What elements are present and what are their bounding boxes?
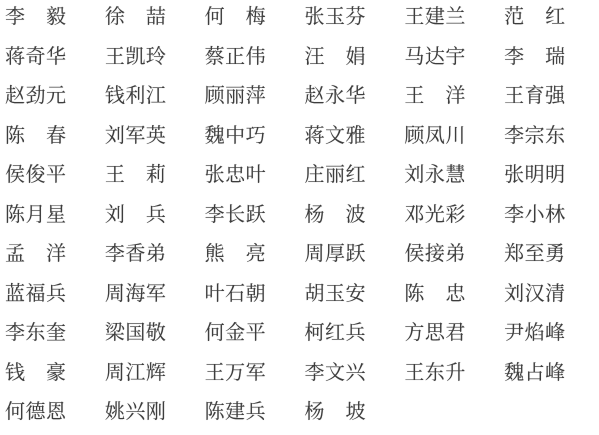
name-cell <box>499 396 599 435</box>
name-cell: 杨 坡 <box>300 396 400 435</box>
name-cell: 钱 豪 <box>0 357 100 397</box>
name-cell: 陈 忠 <box>399 278 499 318</box>
name-cell: 庄丽红 <box>300 159 400 199</box>
name-cell: 王 莉 <box>100 159 200 199</box>
name-cell: 刘汉清 <box>499 278 599 318</box>
name-cell: 陈建兵 <box>200 396 300 435</box>
name-cell: 李香弟 <box>100 238 200 278</box>
name-grid: 李 毅 徐 喆 何 梅 张玉芬 王建兰 范 红 蒋奇华 王凯玲 蔡正伟 汪 娟 … <box>0 0 599 435</box>
name-cell: 郑至勇 <box>499 238 599 278</box>
name-cell: 姚兴刚 <box>100 396 200 435</box>
name-cell: 马达宇 <box>399 41 499 81</box>
name-cell: 李宗东 <box>499 120 599 160</box>
name-cell: 魏中巧 <box>200 120 300 160</box>
name-cell: 杨 波 <box>300 199 400 239</box>
name-cell: 张玉芬 <box>300 1 400 41</box>
name-cell: 顾凤川 <box>399 120 499 160</box>
name-cell: 何金平 <box>200 317 300 357</box>
name-cell: 蓝福兵 <box>0 278 100 318</box>
name-cell: 蒋文雅 <box>300 120 400 160</box>
name-cell: 刘 兵 <box>100 199 200 239</box>
name-cell: 梁国敬 <box>100 317 200 357</box>
name-cell: 邓光彩 <box>399 199 499 239</box>
name-cell: 张明明 <box>499 159 599 199</box>
name-cell: 尹焰峰 <box>499 317 599 357</box>
name-cell: 徐 喆 <box>100 1 200 41</box>
name-cell: 刘永慧 <box>399 159 499 199</box>
name-cell: 王 洋 <box>399 80 499 120</box>
name-cell: 李文兴 <box>300 357 400 397</box>
name-cell: 王东升 <box>399 357 499 397</box>
name-cell: 顾丽萍 <box>200 80 300 120</box>
name-cell: 李 毅 <box>0 1 100 41</box>
name-list-page: 李 毅 徐 喆 何 梅 张玉芬 王建兰 范 红 蒋奇华 王凯玲 蔡正伟 汪 娟 … <box>0 0 599 435</box>
name-cell: 何 梅 <box>200 1 300 41</box>
name-cell: 王凯玲 <box>100 41 200 81</box>
name-cell: 赵劲元 <box>0 80 100 120</box>
name-cell: 王育强 <box>499 80 599 120</box>
name-cell: 叶石朝 <box>200 278 300 318</box>
name-cell: 侯接弟 <box>399 238 499 278</box>
name-cell: 王万军 <box>200 357 300 397</box>
name-cell: 胡玉安 <box>300 278 400 318</box>
name-cell: 熊 亮 <box>200 238 300 278</box>
name-cell: 魏占峰 <box>499 357 599 397</box>
name-cell: 柯红兵 <box>300 317 400 357</box>
name-cell: 王建兰 <box>399 1 499 41</box>
name-cell: 李长跃 <box>200 199 300 239</box>
name-cell: 周海军 <box>100 278 200 318</box>
name-cell: 张忠叶 <box>200 159 300 199</box>
name-cell: 何德恩 <box>0 396 100 435</box>
name-cell: 周江辉 <box>100 357 200 397</box>
name-cell: 李小林 <box>499 199 599 239</box>
name-cell: 孟 洋 <box>0 238 100 278</box>
name-cell: 范 红 <box>499 1 599 41</box>
name-cell: 钱利江 <box>100 80 200 120</box>
name-cell: 蒋奇华 <box>0 41 100 81</box>
name-cell: 蔡正伟 <box>200 41 300 81</box>
name-cell: 赵永华 <box>300 80 400 120</box>
name-cell: 方思君 <box>399 317 499 357</box>
name-cell: 李 瑞 <box>499 41 599 81</box>
name-cell: 陈月星 <box>0 199 100 239</box>
name-cell: 李东奎 <box>0 317 100 357</box>
name-cell <box>399 396 499 435</box>
name-cell: 陈 春 <box>0 120 100 160</box>
name-cell: 刘军英 <box>100 120 200 160</box>
name-cell: 侯俊平 <box>0 159 100 199</box>
name-cell: 周厚跃 <box>300 238 400 278</box>
name-cell: 汪 娟 <box>300 41 400 81</box>
